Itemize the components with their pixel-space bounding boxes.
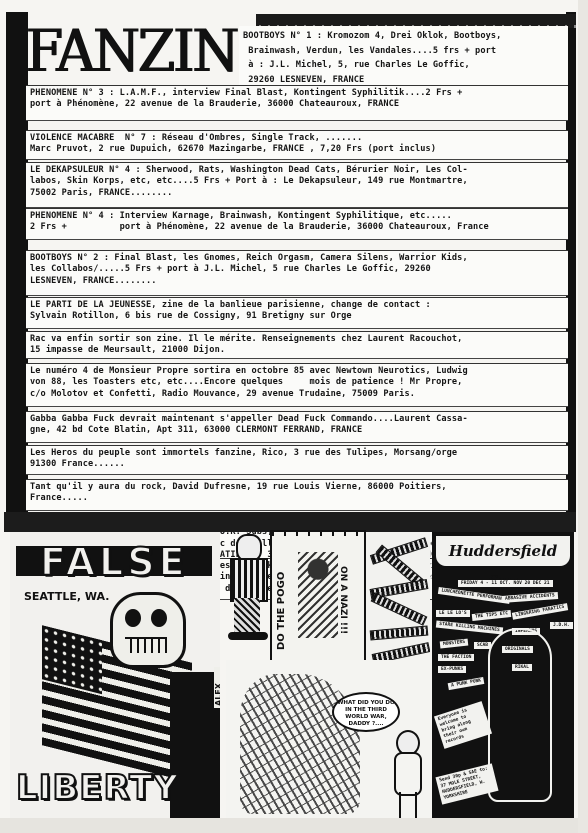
crossed-symbol-icon	[372, 642, 430, 662]
listing-phenomene-4: PHENOMENE N° 4 : Interview Karnage, Brai…	[26, 208, 568, 240]
crossed-symbol-icon	[371, 592, 428, 626]
band-label: THE TIPS ETC	[472, 610, 512, 621]
band-label: LE LE LO'S	[436, 610, 470, 617]
left-black-border	[6, 12, 28, 522]
ruins-illustration	[240, 674, 360, 814]
barbed-wire-icon	[272, 532, 364, 536]
peace-hand-icon	[488, 628, 552, 802]
listing-violence-macabre: VIOLENCE MACABRE N° 7 : Réseau d'Ombres,…	[26, 130, 568, 160]
band-label: J.D.H.	[550, 622, 573, 629]
listing-gabba-gabba: Gabba Gabba Fuck devrait maintenant s'ap…	[26, 411, 568, 443]
fanzine-page: FANZINES BOOTBOYS N° 1 : Kromozom 4, Dre…	[0, 0, 588, 833]
ww3-cartoon: WHAT DID YOU DO IN THE THIRD WORLD WAR, …	[226, 660, 430, 830]
false-artist-credit: ALEX KEIFFER	[214, 667, 220, 708]
skinhead-figure-icon	[222, 532, 274, 642]
liberty-word: LIBERTY	[16, 768, 179, 808]
huddersfield-date: FRIDAY 4 - 11 OCT. NOV 20 DEC 21	[458, 580, 553, 587]
crossed-symbol-icon	[370, 625, 429, 640]
skull-icon	[110, 592, 186, 668]
speech-bubble: WHAT DID YOU DO IN THE THIRD WORLD WAR, …	[332, 692, 400, 732]
listing-phenomene-3: PHENOMENE N° 3 : L.A.M.F., interview Fin…	[26, 85, 568, 121]
false-band-name: FALSE	[40, 540, 189, 584]
band-label: MONSTERS	[440, 639, 469, 649]
child-figure-icon	[394, 730, 418, 820]
band-label: A PUNK PUNK	[448, 677, 485, 690]
listing-bootboys-2: BOOTBOYS N° 2 : Final Blast, les Gnomes,…	[26, 250, 568, 296]
punk-figure-icon	[298, 552, 338, 638]
listing-bootboys-1: BOOTBOYS N° 1 : Kromozom 4, Drei Oklok, …	[239, 26, 568, 86]
page-title: FANZINES	[26, 16, 228, 86]
listing-parti-jeunesse: LE PARTI DE LA JEUNESSE, zine de la banl…	[26, 297, 568, 329]
huddersfield-address: Send 30p & SAE to: 37 MOLE STREET, HUDDE…	[435, 763, 498, 804]
false-city: SEATTLE, WA.	[24, 590, 109, 603]
listing-heros-du-peuple: Les Heros du peuple sont immortels fanzi…	[26, 445, 568, 475]
listing-rac: Rac va enfin sortir son zine. Il le méri…	[26, 331, 568, 359]
false-poster: FALSE SEATTLE, WA. ALEX KEIFFER LIBERTY	[10, 532, 220, 827]
do-the-pogo-poster: DO THE POGO ON A NAZI !!!	[270, 530, 366, 662]
paper-bottom-edge	[0, 818, 588, 833]
listing-le-dekapsuleur: LE DEKAPSULEUR N° 4 : Sherwood, Rats, Wa…	[26, 162, 568, 208]
pogo-right-text: ON A NAZI !!!	[338, 566, 348, 634]
listing-monsieur-propre: Le numéro 4 de Monsieur Propre sortira e…	[26, 363, 568, 407]
listing-tant-quil-y-aura: Tant qu'il y aura du rock, David Dufresn…	[26, 479, 568, 511]
crossed-out-symbols	[366, 532, 430, 662]
pogo-left-text: DO THE POGO	[276, 572, 287, 650]
huddersfield-title: Huddersfield Sux	[436, 536, 570, 566]
band-label: THE FACTION	[438, 654, 474, 661]
band-label: EX-PUNKS	[438, 666, 466, 673]
band-label: STARE KILLING MACHINES	[436, 621, 503, 635]
huddersfield-note: Everyone is welcome to bring along their…	[434, 701, 492, 749]
paper-right-edge	[578, 0, 588, 833]
poster-collage: FALSE SEATTLE, WA. ALEX KEIFFER LIBERTY …	[0, 512, 588, 833]
huddersfield-sux-poster: Huddersfield Sux FRIDAY 4 - 11 OCT. NOV …	[432, 532, 574, 827]
collage-black-strip	[4, 512, 576, 532]
band-label: LINGERING FANATICS	[512, 603, 568, 620]
